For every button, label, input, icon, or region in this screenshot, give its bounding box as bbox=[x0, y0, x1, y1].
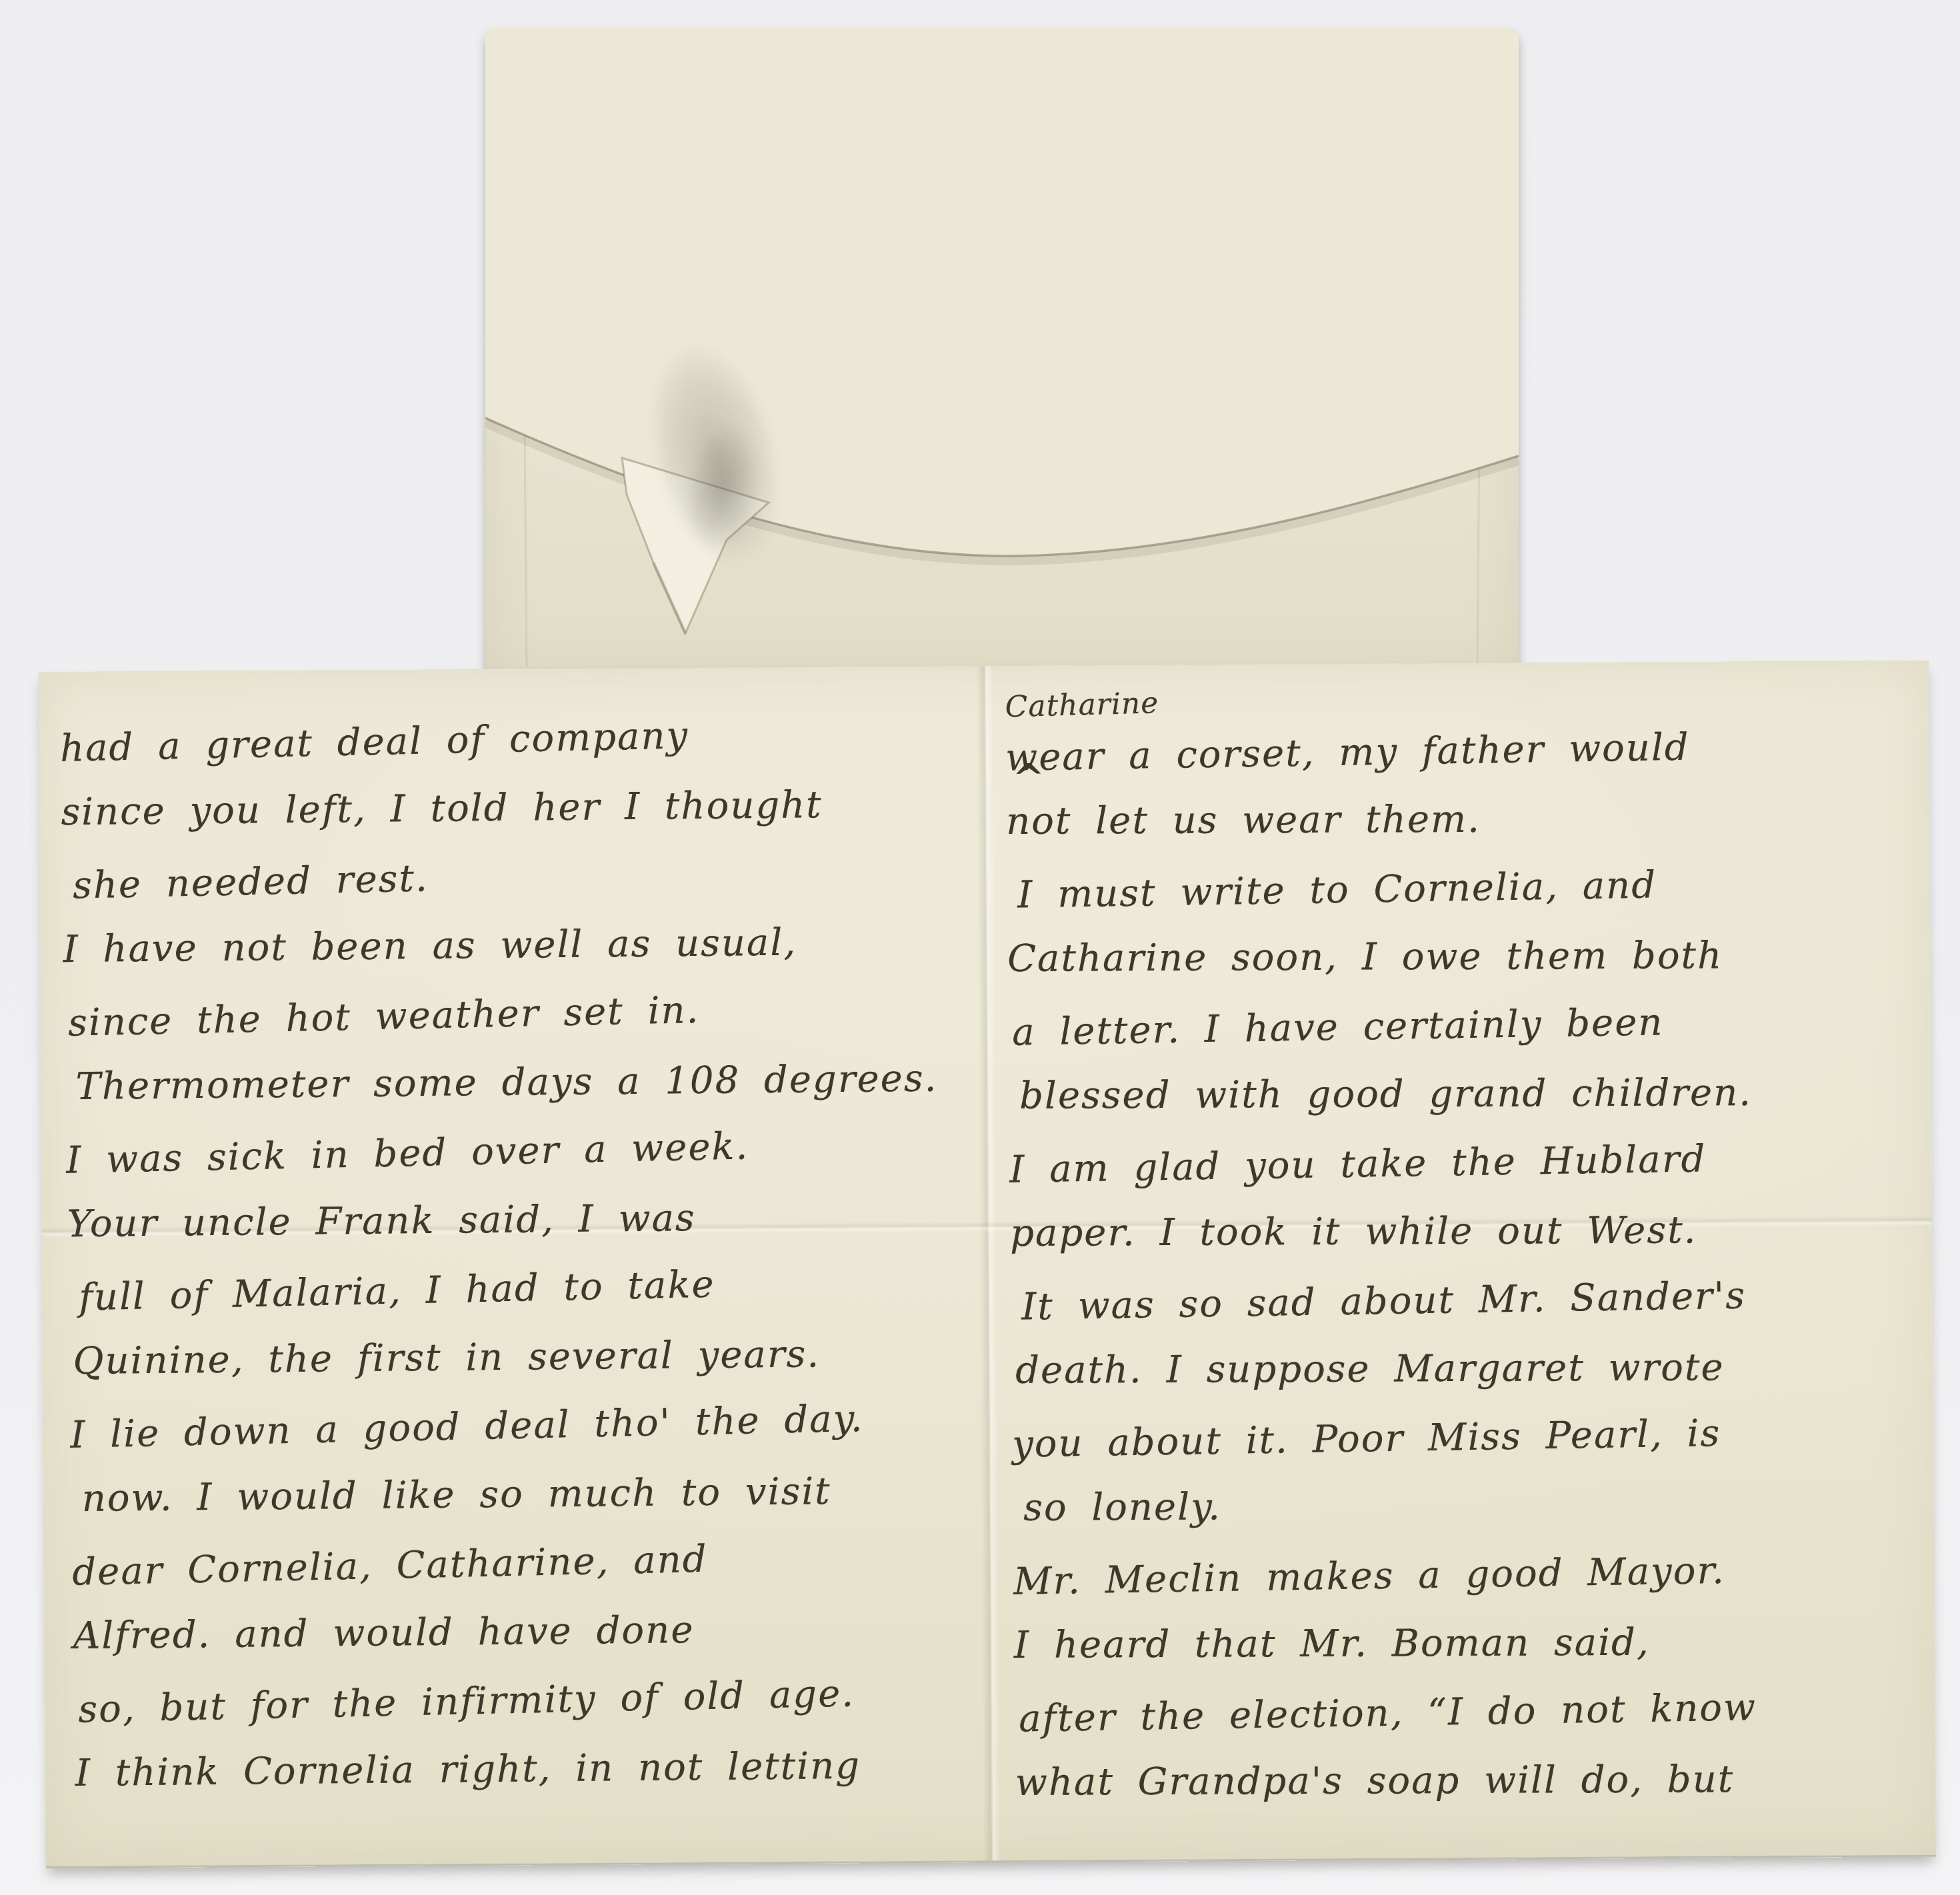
envelope-flap bbox=[485, 28, 1519, 676]
handwritten-line: I heard that Mr. Boman said, bbox=[1014, 1607, 1931, 1680]
letter-page-left: had a great deal of companysince you lef… bbox=[59, 699, 982, 1810]
right-page-lines: wear a corset, my father wouldnot let us… bbox=[1005, 712, 1933, 1819]
photo-backdrop: had a great deal of companysince you lef… bbox=[0, 0, 1960, 1895]
handwritten-line: wear a corset, my father would bbox=[1005, 709, 1922, 793]
handwritten-line: a letter. I have certainly been bbox=[1011, 984, 1925, 1066]
handwritten-line: not let us wear them. bbox=[1006, 783, 1923, 856]
handwritten-line: paper. I took it while out West. bbox=[1010, 1195, 1927, 1268]
handwritten-line: It was so sad about Mr. Sander's bbox=[1021, 1258, 1927, 1341]
handwritten-line: Mr. Meclin makes a good Mayor. bbox=[1013, 1533, 1930, 1616]
handwritten-line: after the election, “I do not know bbox=[1018, 1670, 1931, 1753]
handwritten-line: I must write to Cornelia, and bbox=[1017, 847, 1923, 929]
handwritten-line: full of Malaria, I had to take bbox=[78, 1244, 975, 1332]
handwritten-line: Catharine soon, I owe them both bbox=[1007, 921, 1924, 993]
handwritten-line: now. I would like so much to visit bbox=[81, 1456, 978, 1533]
handwritten-line: so lonely. bbox=[1023, 1470, 1929, 1542]
handwritten-line: Thermometer some days a 108 degrees. bbox=[75, 1044, 972, 1121]
handwritten-line: blessed with good grand children. bbox=[1019, 1058, 1925, 1130]
letter-page-right: Catharine ^ wear a corset, my father wou… bbox=[1005, 669, 1932, 1819]
left-page-lines: had a great deal of companysince you lef… bbox=[59, 699, 982, 1810]
handwritten-line: I think Cornelia right, in not letting bbox=[75, 1730, 982, 1808]
handwritten-line: you about it. Poor Miss Pearl, is bbox=[1011, 1396, 1929, 1479]
handwritten-line: I am glad you take the Hublard bbox=[1009, 1121, 1926, 1204]
handwritten-line: she needed rest. bbox=[72, 833, 969, 920]
letter-sheet: had a great deal of companysince you lef… bbox=[39, 661, 1936, 1868]
handwritten-line: what Grandpa's soap will do, but bbox=[1015, 1744, 1932, 1817]
handwritten-line: death. I suppose Margaret wrote bbox=[1015, 1332, 1928, 1405]
envelope-back bbox=[485, 28, 1519, 678]
